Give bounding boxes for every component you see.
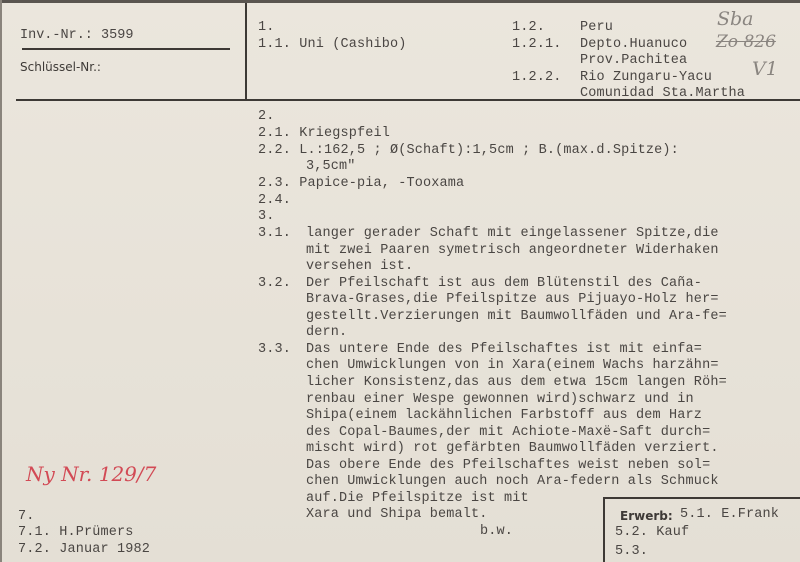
field-2-1-object-name: 2.1. Kriegspfeil bbox=[258, 126, 390, 143]
field-2-2-dimensions: 2.2. L.:162,5 ; Ø(Schaft):1,5cm ; B.(max… bbox=[258, 143, 679, 160]
field-1-2-2-river: Rio Zungaru-Yacu bbox=[580, 70, 712, 87]
field-7-1-collector: 7.1. H.Prümers bbox=[18, 525, 134, 542]
description-line: langer gerader Schaft mit eingelassener … bbox=[306, 226, 719, 243]
description-line: Das untere Ende des Pfeilschaftes ist mi… bbox=[306, 342, 702, 359]
field-7: 7. bbox=[18, 509, 35, 526]
description-line: Brava-Grases,die Pfeilspitze aus Pijuayo… bbox=[306, 292, 719, 309]
description-line: Xara und Shipa bemalt. bbox=[306, 507, 488, 524]
description-line: auf.Die Pfeilspitze ist mit bbox=[306, 491, 529, 508]
field-1-2-2-number: 1.2.2. bbox=[512, 70, 562, 87]
description-line: gestellt.Verzierungen mit Baumwollfäden … bbox=[306, 309, 727, 326]
description-line: licher Konsistenz,das aus dem etwa 15cm … bbox=[306, 375, 727, 392]
description-line: des Copal-Baumes,der mit Achiote-Maxë-Sa… bbox=[306, 425, 710, 442]
card-top-edge bbox=[0, 0, 800, 3]
description-line: dern. bbox=[306, 325, 347, 342]
description-line: Der Pfeilschaft ist aus dem Blütenstil d… bbox=[306, 276, 702, 293]
handwritten-note-sba: Sba bbox=[717, 8, 754, 30]
field-2: 2. bbox=[258, 109, 275, 126]
field-1: 1. bbox=[258, 20, 275, 37]
description-line: Shipa(einem lackähnlichen Farbstoff aus … bbox=[306, 408, 702, 425]
description-line: mit zwei Paaren symetrisch angeordneter … bbox=[306, 243, 719, 260]
acquisition-label: Erwerb: bbox=[620, 509, 673, 523]
handwritten-register-number: Ny Nr. 129/7 bbox=[26, 462, 156, 486]
header-vertical-divider bbox=[245, 3, 247, 101]
field-2-3-native-name: 2.3. Papice-pia, -Tooxama bbox=[258, 176, 464, 193]
description-line: renbau einer Wespe gewonnen wird)schwarz… bbox=[306, 392, 694, 409]
field-5-3: 5.3. bbox=[615, 544, 648, 561]
field-1-2-number: 1.2. bbox=[512, 20, 545, 37]
field-1-2-2-community: Comunidad Sta.Martha bbox=[580, 86, 745, 103]
field-5-2-type: 5.2. Kauf bbox=[615, 525, 689, 542]
card-left-edge bbox=[0, 0, 2, 562]
description-line: versehen ist. bbox=[306, 259, 413, 276]
field-1-2-1-province: Prov.Pachitea bbox=[580, 53, 687, 70]
description-item-number: 3.1. bbox=[258, 226, 291, 243]
continued-overleaf: b.w. bbox=[480, 524, 513, 541]
description-line: chen Umwicklungen von in Xara(einem Wach… bbox=[306, 358, 719, 375]
inventory-number: Inv.-Nr.: 3599 bbox=[20, 28, 133, 43]
field-1-2-1-number: 1.2.1. bbox=[512, 37, 562, 54]
field-7-2-date: 7.2. Januar 1982 bbox=[18, 542, 150, 559]
inventory-value: 3599 bbox=[101, 28, 133, 43]
field-2-2-dimensions-cont: 3,5cm" bbox=[306, 159, 356, 176]
key-number-label: Schlüssel-Nr.: bbox=[20, 60, 101, 74]
description-line: mischt wird) rot gefärbten Baumwollfäden… bbox=[306, 441, 719, 458]
handwritten-note-v1: V1 bbox=[752, 58, 778, 80]
inventory-label: Inv.-Nr.: bbox=[20, 28, 93, 43]
description-line: chen Umwicklungen auch noch Ara-federn a… bbox=[306, 474, 719, 491]
handwritten-note-struck: Zo 826 bbox=[716, 32, 776, 52]
catalog-card: Inv.-Nr.: 3599 Schlüssel-Nr.: 1. 1.1. Un… bbox=[0, 0, 800, 562]
description-item-number: 3.3. bbox=[258, 342, 291, 359]
field-1-2-1-department: Depto.Huanuco bbox=[580, 37, 687, 54]
field-5-1-source: 5.1. E.Frank bbox=[680, 507, 779, 524]
description-item-number: 3.2. bbox=[258, 276, 291, 293]
field-2-4: 2.4. bbox=[258, 193, 291, 210]
description-line: Das obere Ende des Pfeilschaftes weist n… bbox=[306, 458, 710, 475]
field-1-2-country: Peru bbox=[580, 20, 613, 37]
field-1-1-ethnic-group: 1.1. Uni (Cashibo) bbox=[258, 37, 407, 54]
field-3: 3. bbox=[258, 209, 275, 226]
inventory-underline bbox=[22, 48, 230, 50]
